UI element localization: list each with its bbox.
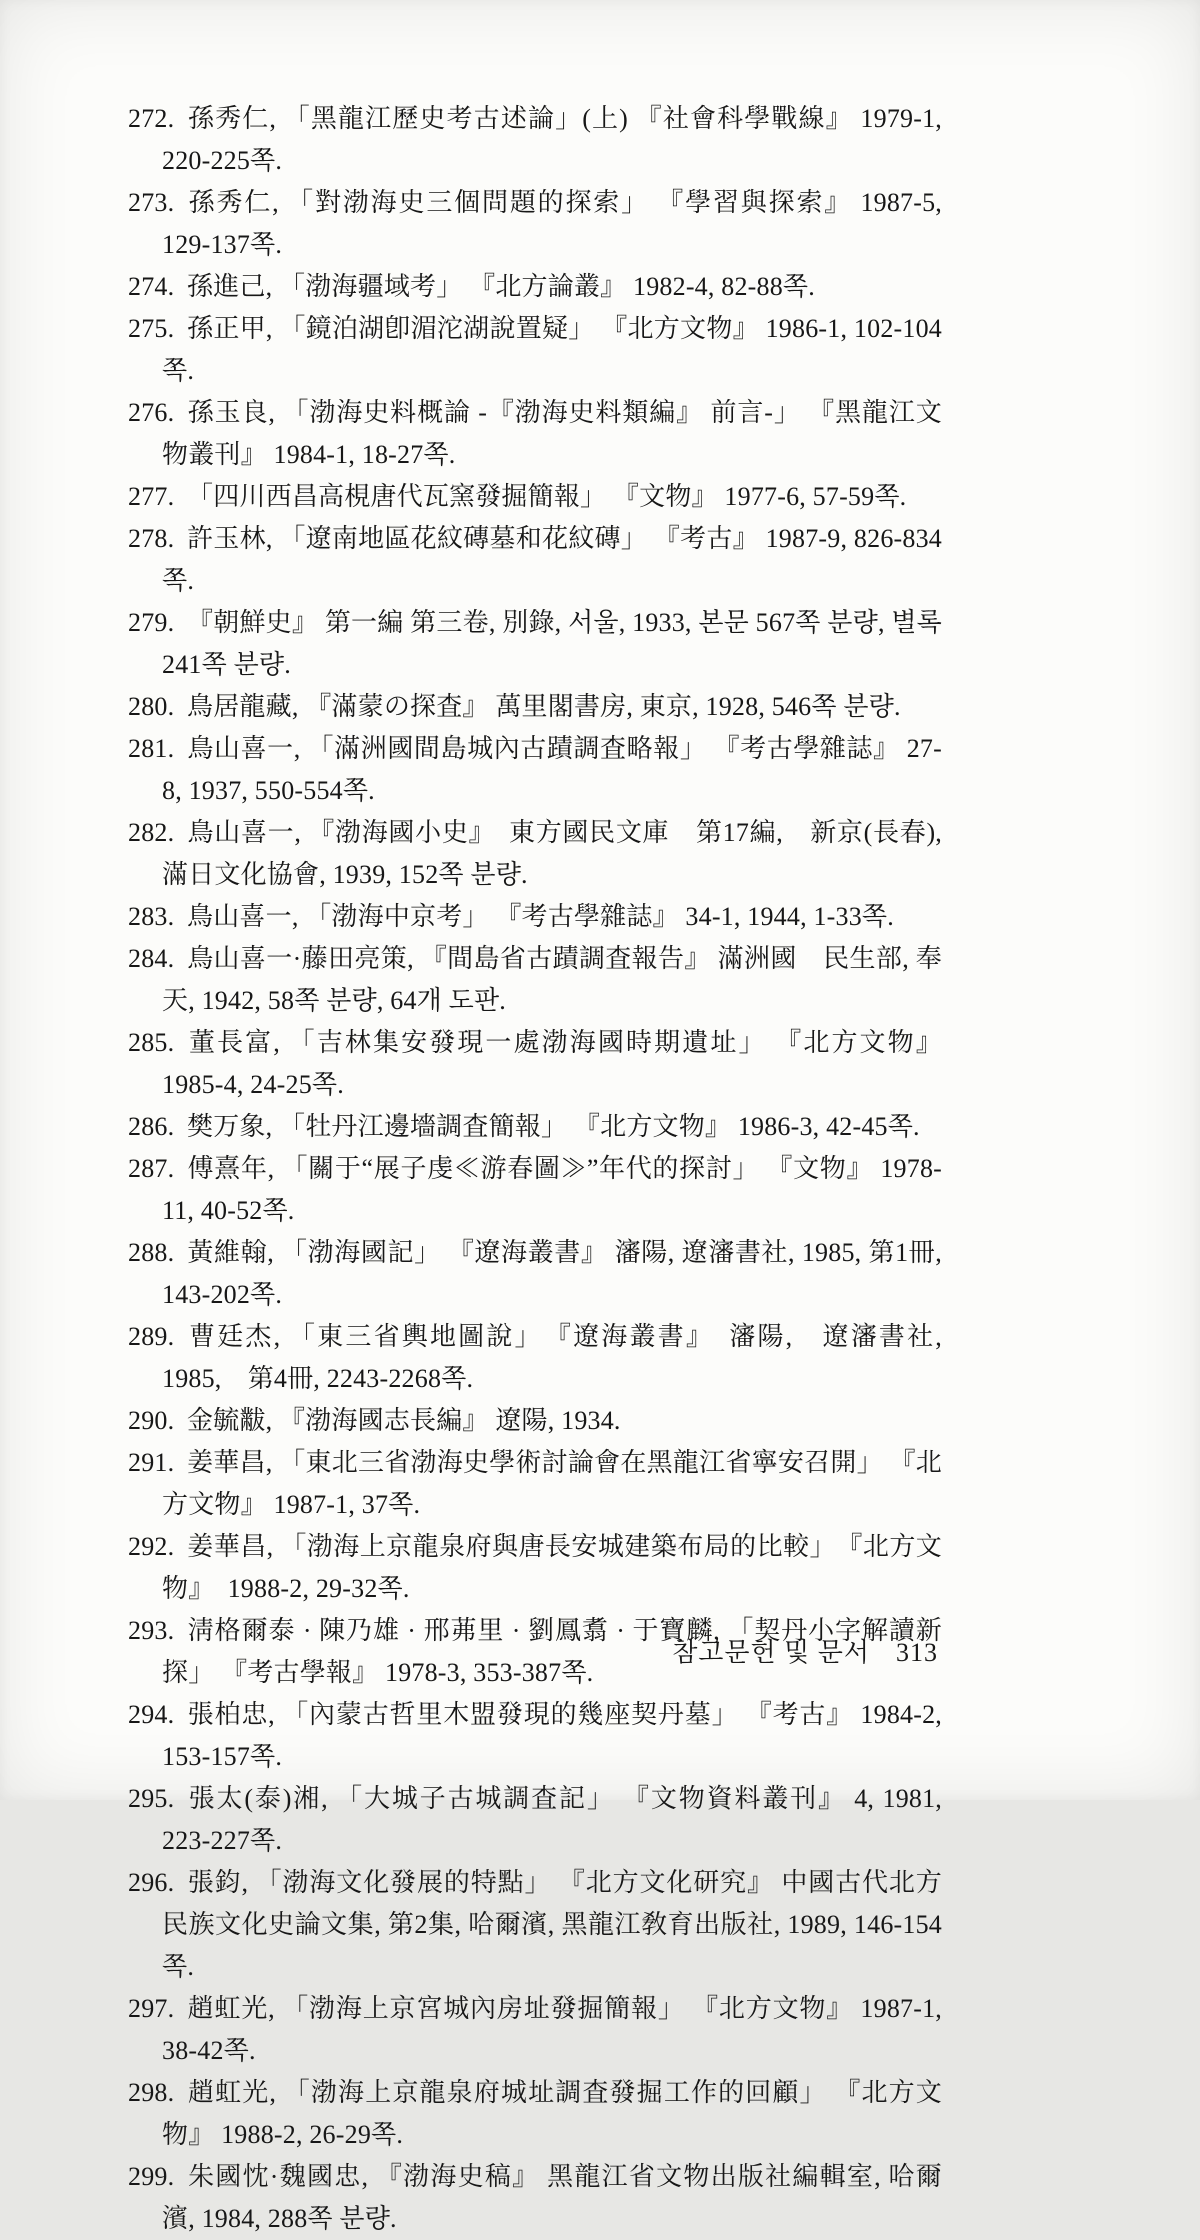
- reference-entry: 296. 張鈞, 「渤海文化發展的特點」 『北方文化研究』 中國古代北方民族文化…: [128, 1862, 942, 1988]
- entry-text: 張鈞, 「渤海文化發展的特點」 『北方文化研究』 中國古代北方民族文化史論文集,…: [162, 1868, 942, 1981]
- entry-number: 287.: [128, 1154, 174, 1183]
- entry-text: 鳥居龍藏, 『滿蒙の探査』 萬里閣書房, 東京, 1928, 546쪽 분량.: [187, 692, 901, 721]
- reference-entry: 294. 張柏忠, 「內蒙古哲里木盟發現的幾座契丹墓」 『考古』 1984-2,…: [128, 1694, 942, 1778]
- entry-number: 281.: [128, 734, 174, 763]
- entry-number: 288.: [128, 1238, 174, 1267]
- entry-text: 孫秀仁, 「黑龍江歷史考古述論」(上) 『社會科學戰線』 1979-1, 220…: [162, 104, 942, 175]
- entry-text: 姜華昌, 「東北三省渤海史學術討論會在黑龍江省寧安召開」 『北方文物』 1987…: [162, 1448, 942, 1519]
- reference-entry: 295. 張太(泰)湘, 「大城子古城調査記」 『文物資料叢刊』 4, 1981…: [128, 1778, 942, 1862]
- entry-text: 孫秀仁, 「對渤海史三個問題的探索」 『學習與探索』 1987-5, 129-1…: [162, 188, 942, 259]
- entry-number: 295.: [128, 1784, 174, 1813]
- reference-entry: 272. 孫秀仁, 「黑龍江歷史考古述論」(上) 『社會科學戰線』 1979-1…: [128, 98, 942, 182]
- entry-text: 孫正甲, 「鏡泊湖卽湄沱湖說置疑」 『北方文物』 1986-1, 102-104…: [162, 314, 942, 385]
- entry-text: 曹廷杰, 「東三省輿地圖說」 『遼海叢書』 瀋陽, 遼瀋書社, 1985, 第4…: [162, 1322, 968, 1393]
- page-footer: 참고문헌 및 문서313: [672, 1632, 938, 1674]
- reference-entry: 285. 董長富, 「吉林集安發現一處渤海國時期遺址」 『北方文物』 1985-…: [128, 1022, 942, 1106]
- entry-text: 鳥山喜一·藤田亮策, 『間島省古蹟調査報告』 滿洲國 民生部, 奉天, 1942…: [162, 944, 942, 1015]
- entry-number: 294.: [128, 1700, 174, 1729]
- entry-number: 280.: [128, 692, 174, 721]
- entry-text: 『朝鮮史』 第一編 第三卷, 別錄, 서울, 1933, 본문 567쪽 분량,…: [162, 608, 942, 679]
- reference-entry: 280. 鳥居龍藏, 『滿蒙の探査』 萬里閣書房, 東京, 1928, 546쪽…: [128, 686, 942, 728]
- entry-number: 286.: [128, 1112, 174, 1141]
- entry-text: 鳥山喜一, 「滿洲國間島城內古蹟調査略報」 『考古學雜誌』 27-8, 1937…: [162, 734, 942, 805]
- entry-text: 張柏忠, 「內蒙古哲里木盟發現的幾座契丹墓」 『考古』 1984-2, 153-…: [162, 1700, 942, 1771]
- reference-entry: 287. 傅熹年, 「關于“展子虔≪游春圖≫”年代的探討」 『文物』 1978-…: [128, 1148, 942, 1232]
- entry-text: 鳥山喜一, 「渤海中京考」 『考古學雜誌』 34-1, 1944, 1-33쪽.: [187, 902, 894, 931]
- entry-number: 279.: [128, 608, 174, 637]
- entry-number: 272.: [128, 104, 174, 133]
- entry-number: 284.: [128, 944, 174, 973]
- entry-number: 292.: [128, 1532, 174, 1561]
- entry-number: 290.: [128, 1406, 174, 1435]
- reference-entry: 286. 樊万象, 「牡丹江邊墻調査簡報」 『北方文物』 1986-3, 42-…: [128, 1106, 942, 1148]
- entry-text: 趙虹光, 「渤海上京宮城內房址發掘簡報」 『北方文物』 1987-1, 38-4…: [162, 1994, 942, 2065]
- reference-entry: 278. 許玉林, 「遼南地區花紋磚墓和花紋磚」 『考古』 1987-9, 82…: [128, 518, 942, 602]
- entry-number: 298.: [128, 2078, 174, 2107]
- reference-entry: 282. 鳥山喜一, 『渤海國小史』 東方國民文庫 第17編, 新京(長春), …: [128, 812, 942, 896]
- entry-number: 293.: [128, 1616, 174, 1645]
- reference-entry: 273. 孫秀仁, 「對渤海史三個問題的探索」 『學習與探索』 1987-5, …: [128, 182, 942, 266]
- reference-entry: 292. 姜華昌, 「渤海上京龍泉府與唐長安城建築布局的比較」 『北方文物』 1…: [128, 1526, 942, 1610]
- entry-number: 274.: [128, 272, 174, 301]
- entry-number: 297.: [128, 1994, 174, 2023]
- entry-text: 孫進己, 「渤海疆域考」 『北方論叢』 1982-4, 82-88쪽.: [187, 272, 815, 301]
- reference-entry: 299. 朱國忱·魏國忠, 『渤海史稿』 黑龍江省文物出版社編輯室, 哈爾濱, …: [128, 2156, 942, 2240]
- reference-entry: 276. 孫玉良, 「渤海史料概論 -『渤海史料類編』 前言-」 『黑龍江文物叢…: [128, 392, 942, 476]
- entry-text: 孫玉良, 「渤海史料概論 -『渤海史料類編』 前言-」 『黑龍江文物叢刊』 19…: [162, 398, 942, 469]
- entry-text: 姜華昌, 「渤海上京龍泉府與唐長安城建築布局的比較」 『北方文物』 1988-2…: [162, 1532, 942, 1603]
- reference-entry: 283. 鳥山喜一, 「渤海中京考」 『考古學雜誌』 34-1, 1944, 1…: [128, 896, 942, 938]
- reference-entry: 288. 黃維翰, 「渤海國記」 『遼海叢書』 瀋陽, 遼瀋書社, 1985, …: [128, 1232, 942, 1316]
- entry-number: 275.: [128, 314, 174, 343]
- entry-text: 傅熹年, 「關于“展子虔≪游春圖≫”年代的探討」 『文物』 1978-11, 4…: [162, 1154, 942, 1225]
- entry-text: 鳥山喜一, 『渤海國小史』 東方國民文庫 第17編, 新京(長春), 滿日文化協…: [162, 818, 968, 889]
- entry-number: 273.: [128, 188, 174, 217]
- reference-entry: 279. 『朝鮮史』 第一編 第三卷, 別錄, 서울, 1933, 본문 567…: [128, 602, 942, 686]
- entry-text: 趙虹光, 「渤海上京龍泉府城址調査發掘工作的回顧」 『北方文物』 1988-2,…: [162, 2078, 942, 2149]
- entry-number: 282.: [128, 818, 174, 847]
- entry-text: 黃維翰, 「渤海國記」 『遼海叢書』 瀋陽, 遼瀋書社, 1985, 第1冊, …: [162, 1238, 942, 1309]
- reference-entry: 290. 金毓黻, 『渤海國志長編』 遼陽, 1934.: [128, 1400, 942, 1442]
- entry-number: 277.: [128, 482, 174, 511]
- reference-entry: 284. 鳥山喜一·藤田亮策, 『間島省古蹟調査報告』 滿洲國 民生部, 奉天,…: [128, 938, 942, 1022]
- reference-entry: 298. 趙虹光, 「渤海上京龍泉府城址調査發掘工作的回顧」 『北方文物』 19…: [128, 2072, 942, 2156]
- reference-entry: 281. 鳥山喜一, 「滿洲國間島城內古蹟調査略報」 『考古學雜誌』 27-8,…: [128, 728, 942, 812]
- entry-number: 285.: [128, 1028, 174, 1057]
- entry-number: 299.: [128, 2162, 174, 2191]
- entry-text: 金毓黻, 『渤海國志長編』 遼陽, 1934.: [187, 1406, 621, 1435]
- entry-text: 「四川西昌高梘唐代瓦窯發掘簡報」 『文物』 1977-6, 57-59쪽.: [187, 482, 906, 511]
- reference-list: 272. 孫秀仁, 「黑龍江歷史考古述論」(上) 『社會科學戰線』 1979-1…: [128, 98, 942, 2240]
- entry-number: 276.: [128, 398, 174, 427]
- entry-number: 289.: [128, 1322, 174, 1351]
- document-page: 272. 孫秀仁, 「黑龍江歷史考古述論」(上) 『社會科學戰線』 1979-1…: [0, 0, 1200, 1800]
- reference-entry: 291. 姜華昌, 「東北三省渤海史學術討論會在黑龍江省寧安召開」 『北方文物』…: [128, 1442, 942, 1526]
- reference-entry: 289. 曹廷杰, 「東三省輿地圖說」 『遼海叢書』 瀋陽, 遼瀋書社, 198…: [128, 1316, 942, 1400]
- entry-text: 樊万象, 「牡丹江邊墻調査簡報」 『北方文物』 1986-3, 42-45쪽.: [187, 1112, 920, 1141]
- entry-text: 許玉林, 「遼南地區花紋磚墓和花紋磚」 『考古』 1987-9, 826-834…: [162, 524, 942, 595]
- entry-number: 291.: [128, 1448, 174, 1477]
- entry-number: 283.: [128, 902, 174, 931]
- entry-number: 296.: [128, 1868, 174, 1897]
- entry-number: 278.: [128, 524, 174, 553]
- reference-entry: 277. 「四川西昌高梘唐代瓦窯發掘簡報」 『文物』 1977-6, 57-59…: [128, 476, 942, 518]
- reference-entry: 297. 趙虹光, 「渤海上京宮城內房址發掘簡報」 『北方文物』 1987-1,…: [128, 1988, 942, 2072]
- reference-entry: 275. 孫正甲, 「鏡泊湖卽湄沱湖說置疑」 『北方文物』 1986-1, 10…: [128, 308, 942, 392]
- entry-text: 張太(泰)湘, 「大城子古城調査記」 『文物資料叢刊』 4, 1981, 223…: [162, 1784, 942, 1855]
- entry-text: 董長富, 「吉林集安發現一處渤海國時期遺址」 『北方文物』 1985-4, 24…: [162, 1028, 942, 1099]
- entry-text: 朱國忱·魏國忠, 『渤海史稿』 黑龍江省文物出版社編輯室, 哈爾濱, 1984,…: [162, 2162, 942, 2233]
- footer-section-label: 참고문헌 및 문서: [672, 1638, 870, 1667]
- page-number: 313: [896, 1638, 938, 1667]
- reference-entry: 274. 孫進己, 「渤海疆域考」 『北方論叢』 1982-4, 82-88쪽.: [128, 266, 942, 308]
